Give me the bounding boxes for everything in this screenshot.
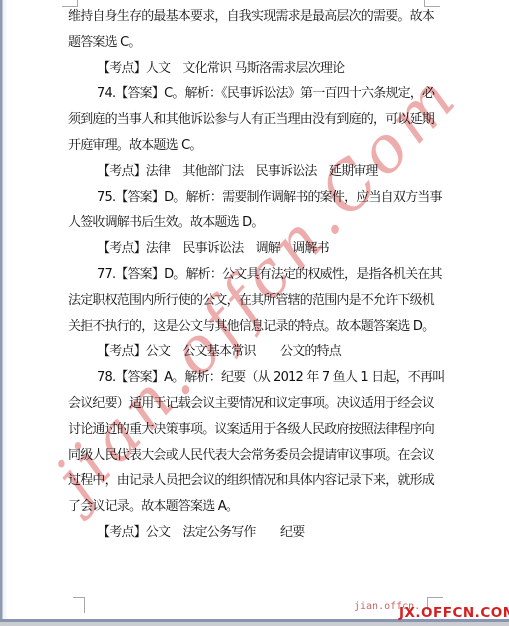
crop-mark-bottom-left [73,597,85,613]
document-line: 了会议记录。故本题答案选 A。 [68,494,453,520]
document-line: 75.【答案】D。解析：需要制作调解书的案件，应当自双方当事 [68,185,453,211]
document-line: 开庭审理。故本题选 C。 [68,133,453,159]
document-line: 人签收调解书后生效。故本题选 D。 [68,210,453,236]
document-line: 法定职权范围内所行使的公文，在其所管辖的范围内是不允许下级机 [68,288,453,314]
document-line: 77.【答案】D。解析：公文具有法定的权威性，是指各机关在其 [68,262,453,288]
document-line: 题答案选 C。 [68,30,453,56]
document-line: 同级人民代表大会或人民代表大会常务委员会提请审议事项。在会议 [68,443,453,469]
document-line: 【考点】法律 民事诉讼法 调解 调解书 [68,236,453,262]
document-text-block: 维持自身生存的最基本要求，自我实现需求是最高层次的需要。故本题答案选 C。【考点… [68,4,453,546]
document-line: 维持自身生存的最基本要求，自我实现需求是最高层次的需要。故本 [68,4,453,30]
window-bottom-strip [0,622,509,626]
crop-mark-top-right [424,0,440,7]
document-line: 74.【答案】C。解析：《民事诉讼法》第一百四十六条规定，必 [68,81,453,107]
document-line: 会议纪要）适用于记载会议主要情况和议定事项。决议适用于经会议 [68,391,453,417]
document-line: 关拒不执行的，这是公文与其他信息记录的特点。故本题答案选 D。 [68,314,453,340]
footer-brand-logo: JX.OFFCN.COM [399,605,509,621]
document-line: 须到庭的当事人和其他诉讼参与人有正当理由没有到庭的，可以延期 [68,107,453,133]
document-line: 【考点】人文 文化常识 马斯洛需求层次理论 [68,56,453,82]
document-line: 讨论通过的重大决策事项。议案适用于各级人民政府按照法律程序向 [68,417,453,443]
document-line: 过程中，由记录人员把会议的组织情况和具体内容记录下来，就形成 [68,468,453,494]
document-line: 【考点】公文 公文基本常识 公文的特点 [68,339,453,365]
document-line: 78.【答案】A。解析：纪要（从 2012 年 7 鱼人 1 日起，不再叫 [68,365,453,391]
crop-mark-top-left [62,0,78,7]
document-line: 【考点】法律 其他部门法 民事诉讼法 延期审理 [68,159,453,185]
page-left-edge [0,0,8,620]
document-line: 【考点】公文 法定公务写作 纪要 [68,520,453,546]
